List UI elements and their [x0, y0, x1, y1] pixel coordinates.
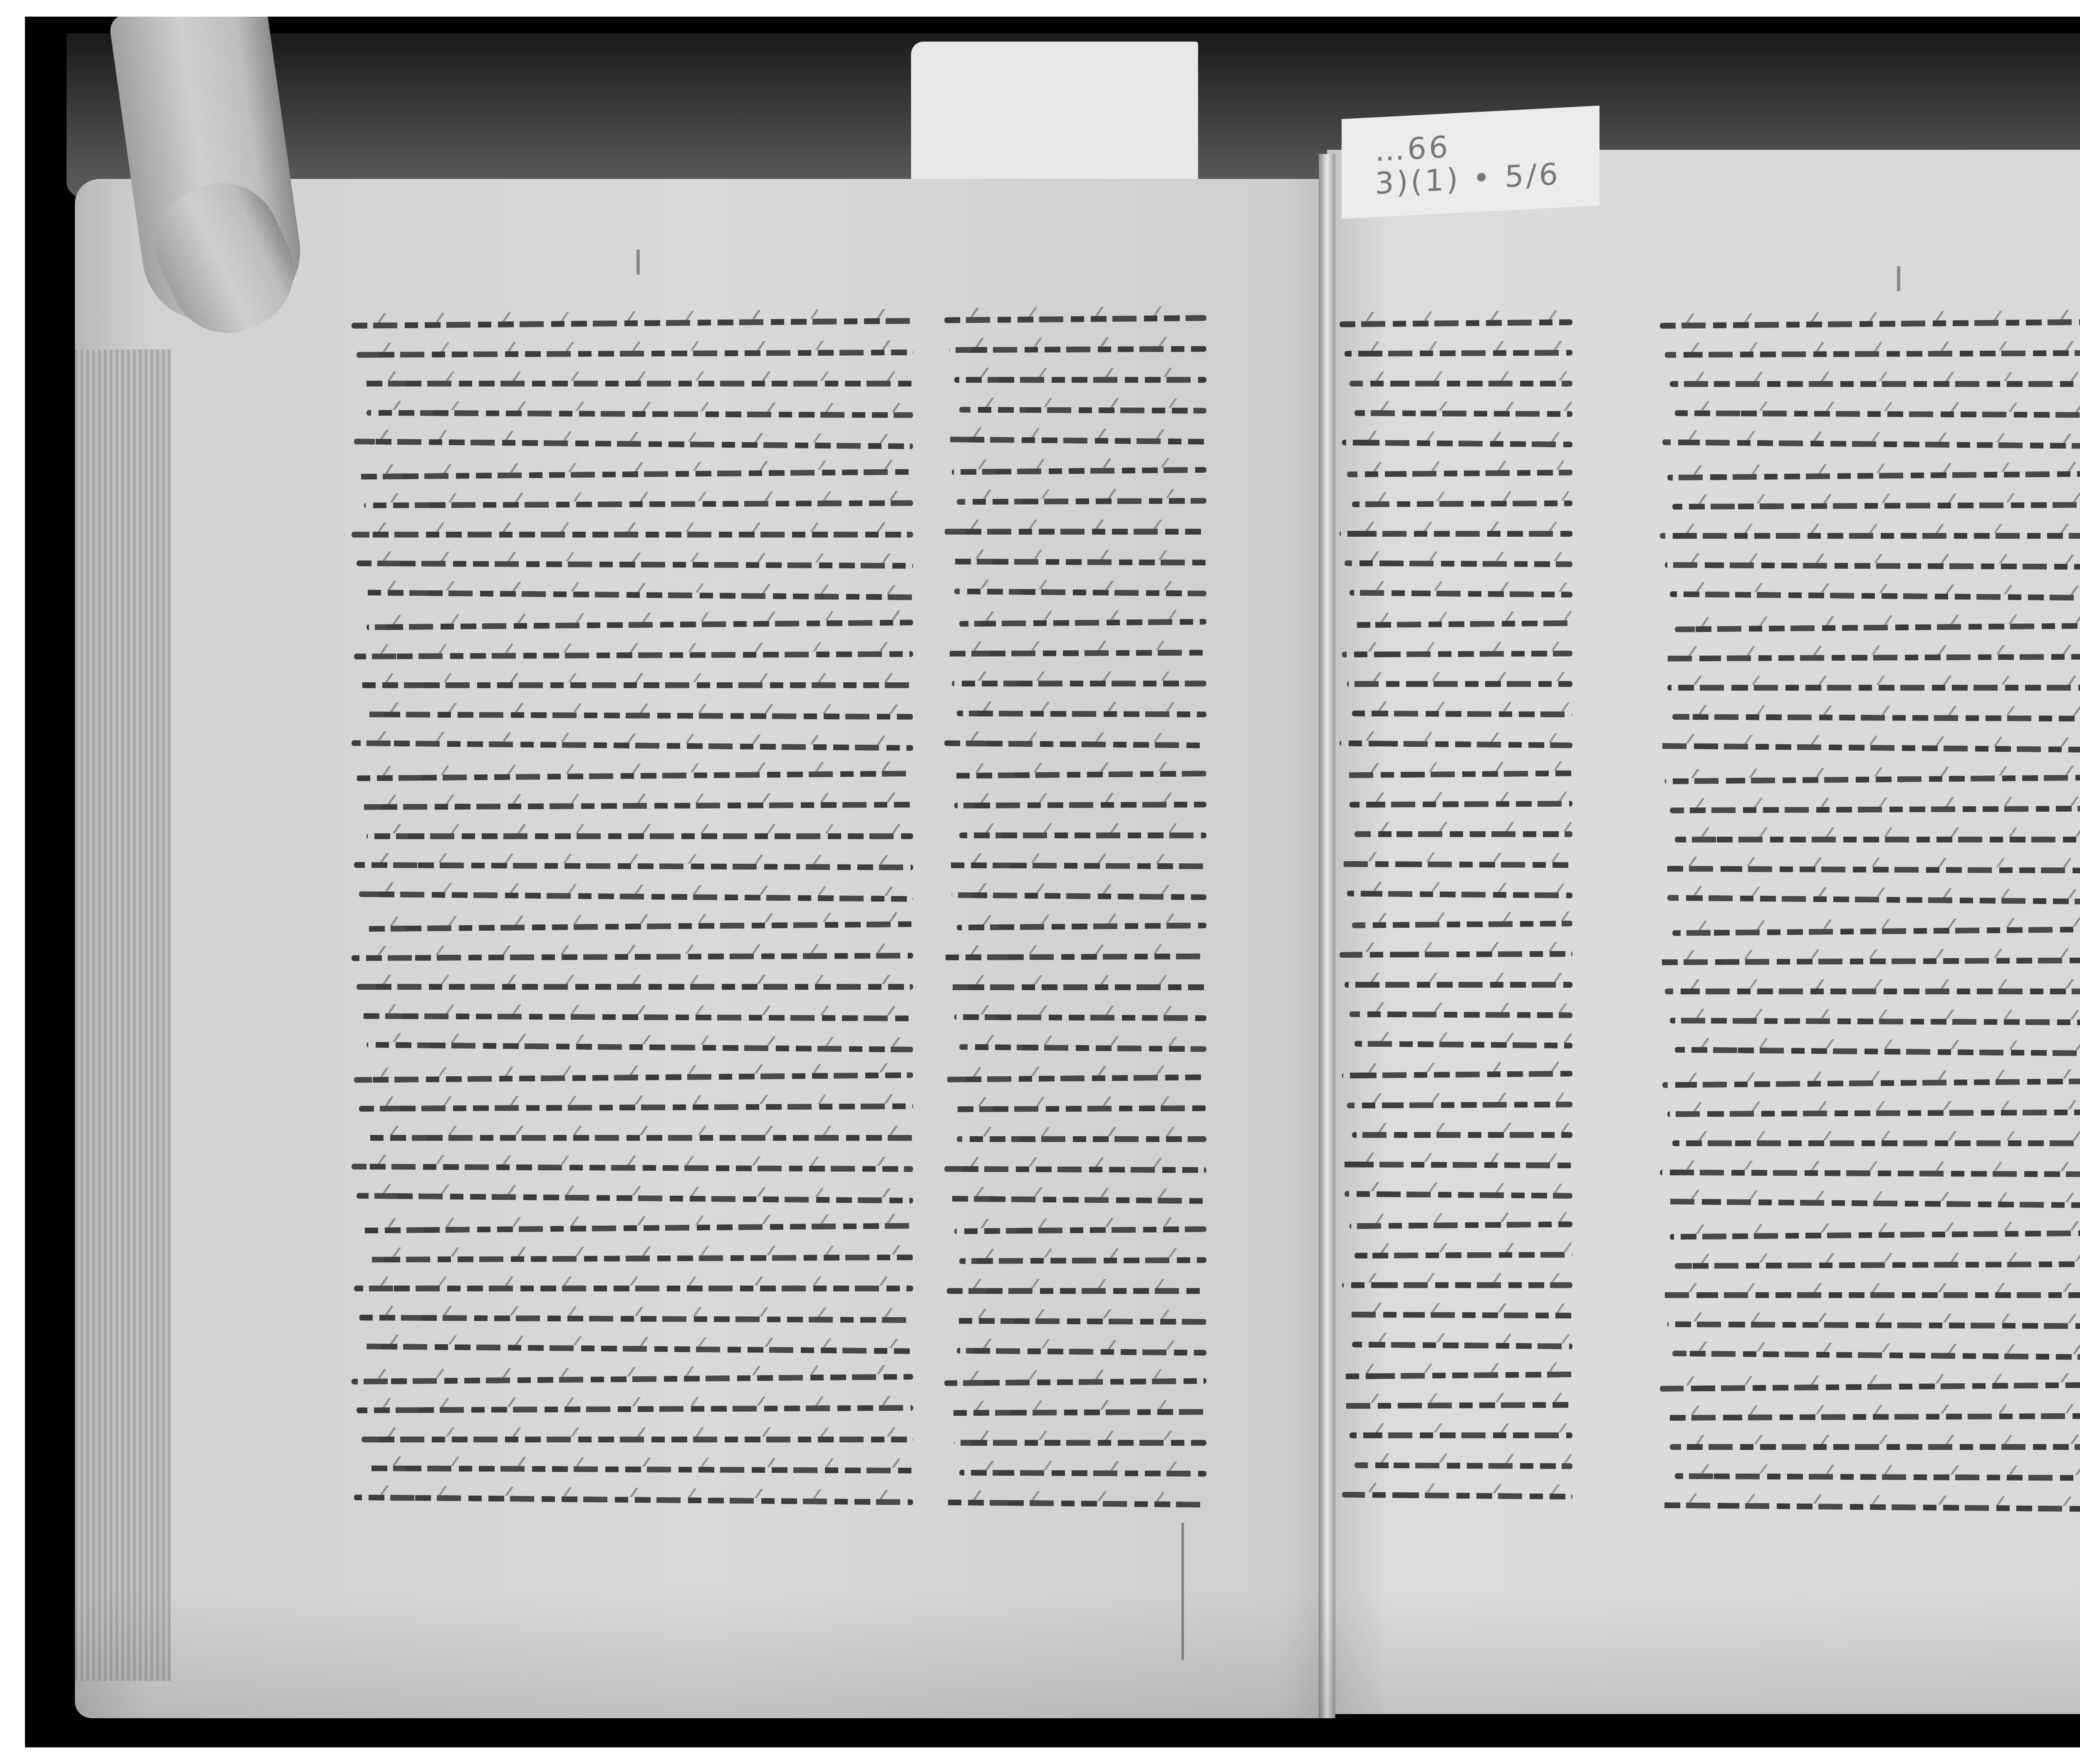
- handwritten-line: [944, 1378, 1206, 1386]
- handwritten-line: [1345, 350, 1572, 357]
- handwritten-line: [1354, 1252, 1572, 1259]
- handwritten-line: [944, 954, 1206, 961]
- left-page-column-2: [944, 304, 1206, 1519]
- handwritten-line: [1662, 866, 2080, 874]
- handwritten-line: [1675, 837, 2080, 842]
- handwritten-line: [366, 833, 913, 839]
- handwritten-line: [954, 802, 1206, 809]
- book-gutter: [1319, 154, 1335, 1718]
- handwritten-line: [1665, 773, 2080, 784]
- handwritten-line: [362, 1013, 913, 1021]
- handwritten-line: [359, 469, 913, 480]
- handwritten-line: [959, 619, 1206, 627]
- handwritten-line: [1660, 1169, 2080, 1178]
- handwritten-line: [1350, 801, 1572, 808]
- handwritten-line: [1660, 743, 2080, 754]
- handwritten-line: [954, 377, 1206, 383]
- handwritten-line: [959, 832, 1206, 838]
- handwritten-line: [1667, 685, 2080, 691]
- handwritten-line: [362, 1437, 913, 1442]
- handwritten-line: [1670, 381, 2080, 387]
- handwritten-line: [1670, 1229, 2080, 1240]
- handwritten-line: [357, 560, 913, 569]
- handwritten-line: [357, 771, 913, 781]
- handwritten-line: [944, 315, 1206, 323]
- folio-mark-left: [636, 250, 640, 275]
- handwritten-line: [947, 650, 1206, 657]
- handwritten-line: [1672, 1350, 2080, 1361]
- handwritten-line: [1345, 560, 1572, 567]
- left-page-column-1: [352, 308, 913, 1514]
- handwritten-line: [957, 1136, 1206, 1142]
- handwritten-line: [954, 588, 1206, 596]
- handwritten-line: [359, 1315, 913, 1323]
- handwritten-line: [1345, 1402, 1572, 1409]
- handwritten-line: [354, 439, 913, 449]
- handwritten-line: [354, 1286, 913, 1291]
- handwritten-line: [1660, 318, 2080, 329]
- handwritten-line: [352, 1164, 913, 1172]
- handwritten-line: [1352, 1132, 1572, 1138]
- handwritten-line: [1672, 1140, 2080, 1146]
- handwritten-line: [1347, 470, 1572, 478]
- handwritten-line: [952, 681, 1206, 686]
- handwritten-line: [1342, 1491, 1572, 1499]
- handwritten-line: [1675, 1473, 2080, 1482]
- handwritten-line: [362, 1223, 913, 1234]
- handwritten-line: [1672, 501, 2080, 510]
- handwritten-line: [1342, 440, 1572, 448]
- right-page-column-2: [1660, 308, 2080, 1523]
- handwritten-line: [354, 1072, 913, 1083]
- handwritten-line: [359, 682, 913, 688]
- handwritten-line: [957, 711, 1206, 718]
- handwritten-line: [357, 1193, 913, 1204]
- handwritten-line: [364, 711, 913, 720]
- shelf-label: …66 3)(1) • 5/6: [1342, 106, 1600, 219]
- handwritten-line: [1665, 1199, 2080, 1209]
- handwritten-line: [1660, 533, 2080, 539]
- handwritten-line: [1667, 895, 2080, 906]
- handwritten-line: [366, 1254, 913, 1263]
- handwritten-line: [354, 651, 913, 659]
- handwritten-line: [364, 921, 913, 932]
- handwritten-line: [949, 1196, 1206, 1204]
- handwritten-line: [957, 498, 1206, 505]
- handwritten-line: [1667, 1321, 2080, 1330]
- handwritten-line: [954, 1440, 1206, 1446]
- handwritten-line: [947, 1074, 1206, 1082]
- handwritten-line: [1347, 1101, 1572, 1108]
- handwritten-line: [1670, 805, 2080, 813]
- handwritten-line: [354, 1494, 913, 1505]
- handwritten-line: [352, 953, 913, 961]
- handwritten-line: [957, 1348, 1206, 1355]
- handwritten-line: [352, 532, 913, 538]
- handwritten-line: [1667, 470, 2080, 481]
- handwritten-line: [357, 984, 913, 990]
- handwritten-line: [364, 1343, 913, 1354]
- handwritten-line: [1347, 890, 1572, 898]
- handwritten-line: [362, 590, 913, 600]
- handwritten-line: [1352, 921, 1572, 929]
- handwritten-line: [1340, 1371, 1572, 1379]
- handwritten-line: [949, 984, 1206, 990]
- handwritten-line: [1345, 770, 1572, 778]
- handwritten-line: [1660, 957, 2080, 965]
- handwritten-line: [362, 381, 913, 386]
- handwritten-line: [1670, 1018, 2080, 1026]
- handwritten-line: [1665, 562, 2080, 570]
- handwritten-line: [1342, 861, 1572, 867]
- handwritten-line: [947, 1288, 1206, 1294]
- handwritten-line: [1350, 1011, 1572, 1018]
- handwritten-line: [366, 1465, 913, 1474]
- handwritten-line: [952, 1105, 1206, 1112]
- handwritten-line: [352, 1374, 913, 1385]
- handwritten-line: [959, 1044, 1206, 1052]
- handwritten-line: [959, 1470, 1206, 1477]
- handwritten-line: [352, 740, 913, 751]
- left-page-edges: [75, 349, 171, 1681]
- handwritten-line: [1662, 1077, 2080, 1088]
- handwritten-line: [366, 619, 913, 630]
- handwritten-line: [354, 862, 913, 870]
- right-page-column-1: [1340, 308, 1572, 1510]
- handwritten-line: [364, 1135, 913, 1141]
- handwritten-line: [1675, 1047, 2080, 1058]
- handwritten-line: [947, 436, 1206, 444]
- handwritten-line: [1672, 925, 2080, 936]
- handwritten-line: [359, 891, 913, 902]
- handwritten-line: [1345, 982, 1572, 988]
- photo-frame: …66 3)(1) • 5/6: [0, 0, 2080, 1764]
- handwritten-line: [954, 1014, 1206, 1021]
- handwritten-line: [364, 500, 913, 508]
- bottom-shadow: [75, 1589, 2080, 1722]
- handwritten-line: [944, 529, 1206, 535]
- handwritten-line: [1340, 531, 1572, 537]
- handwritten-line: [1670, 591, 2080, 602]
- handwritten-line: [1662, 439, 2080, 450]
- handwritten-line: [947, 862, 1206, 870]
- handwritten-line: [1672, 714, 2080, 722]
- handwritten-line: [1675, 410, 2080, 419]
- handwritten-line: [1354, 1462, 1572, 1469]
- handwritten-line: [952, 1318, 1206, 1325]
- handwritten-line: [1665, 989, 2080, 994]
- handwritten-line: [959, 1257, 1206, 1264]
- handwritten-line: [1340, 1162, 1572, 1168]
- handwritten-line: [944, 740, 1206, 748]
- handwritten-line: [1347, 681, 1572, 687]
- handwritten-line: [1342, 1071, 1572, 1079]
- handwritten-line: [1342, 651, 1572, 657]
- handwritten-line: [954, 1226, 1206, 1234]
- handwritten-line: [957, 922, 1206, 930]
- handwritten-line: [1354, 410, 1572, 417]
- handwritten-line: [1340, 951, 1572, 958]
- handwritten-line: [949, 559, 1206, 566]
- handwritten-line: [1662, 1502, 2080, 1513]
- handwritten-line: [1667, 1109, 2080, 1117]
- handwritten-line: [1354, 1041, 1572, 1049]
- handwritten-line: [1345, 1191, 1572, 1199]
- handwritten-line: [949, 346, 1206, 353]
- handwritten-line: [1350, 1432, 1572, 1438]
- handwritten-line: [1352, 711, 1572, 717]
- handwritten-line: [1662, 653, 2080, 661]
- handwritten-line: [952, 467, 1206, 475]
- handwritten-line: [944, 1166, 1206, 1173]
- handwritten-line: [947, 1499, 1206, 1507]
- handwritten-line: [1340, 320, 1572, 327]
- margin-stroke: [1181, 1523, 1201, 1660]
- handwritten-line: [1665, 1412, 2080, 1421]
- handwritten-line: [366, 1042, 913, 1052]
- handwritten-line: [1352, 1341, 1572, 1349]
- handwritten-line: [952, 892, 1206, 900]
- handwritten-line: [1675, 622, 2080, 632]
- handwritten-line: [1660, 1381, 2080, 1392]
- handwritten-line: [1354, 620, 1572, 628]
- handwritten-line: [1675, 1261, 2080, 1269]
- handwritten-line: [357, 349, 913, 358]
- handwritten-line: [1670, 1444, 2080, 1450]
- handwritten-line: [1665, 349, 2080, 358]
- folio-mark-right: [1897, 266, 1900, 291]
- handwritten-line: [362, 802, 913, 810]
- handwritten-line: [1662, 1292, 2080, 1298]
- handwritten-line: [1350, 1221, 1572, 1229]
- handwritten-line: [1347, 1312, 1572, 1318]
- handwritten-line: [949, 771, 1206, 778]
- handwritten-line: [1350, 381, 1572, 386]
- handwritten-line: [1350, 590, 1572, 598]
- handwritten-line: [949, 1409, 1206, 1416]
- handwritten-line: [959, 407, 1206, 414]
- manuscript-photograph: …66 3)(1) • 5/6: [25, 17, 2080, 1747]
- handwritten-line: [366, 410, 913, 418]
- handwritten-line: [352, 318, 913, 329]
- handwritten-line: [1340, 740, 1572, 748]
- handwritten-line: [1352, 500, 1572, 507]
- handwritten-line: [1342, 1282, 1572, 1288]
- handwritten-line: [359, 1103, 913, 1112]
- handwritten-line: [1354, 831, 1572, 837]
- handwritten-line: [357, 1405, 913, 1413]
